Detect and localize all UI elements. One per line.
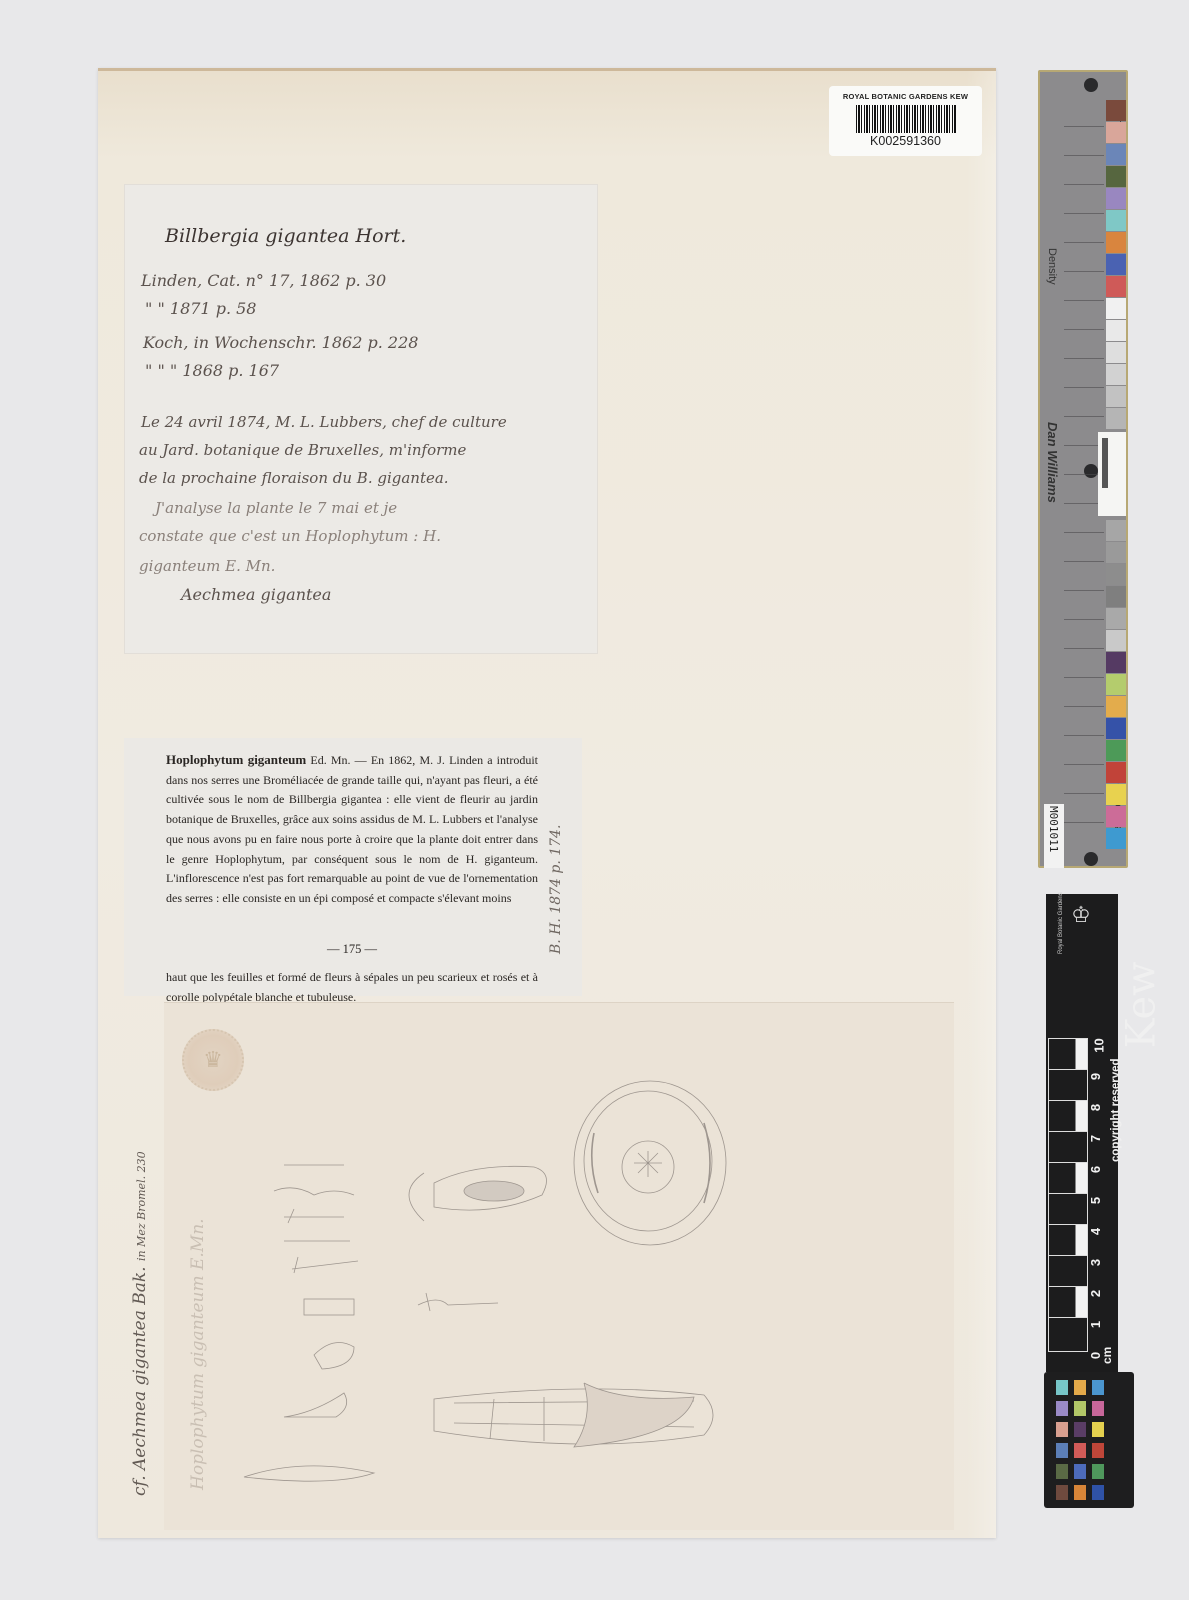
sheet-edge [966,71,996,1538]
note-line: constate que c'est un Hoplophytum : H. [139,527,441,545]
kew-logo-subtext: Royal Botanic Gardens [1058,892,1064,954]
color-card-swatch [1074,1380,1086,1395]
color-card-swatch [1074,1485,1086,1500]
barcode-label: ROYAL BOTANIC GARDENS KEW K002591360 [829,86,982,156]
color-swatch [1106,364,1126,385]
color-card-swatch [1074,1401,1086,1416]
color-swatch [1106,188,1126,209]
note-line: Billbergia gigantea Hort. [165,225,406,247]
clipping-text: — En 1862, M. J. Linden a introduit dans… [166,753,538,905]
color-card-swatch [1092,1401,1104,1416]
note-line: Le 24 avril 1874, M. L. Lubbers, chef de… [141,413,507,431]
royal-crest-icon: ♔ [1064,902,1098,928]
ruler-tick-label: 7 [1088,1135,1103,1142]
margin-reference: B. H. 1874 p. 174. [548,825,564,954]
color-card-swatch [1056,1401,1068,1416]
color-swatch [1106,564,1126,585]
color-swatch [1106,718,1126,739]
ruler-tick-label: 5 [1088,1197,1103,1204]
color-card-swatch [1092,1422,1104,1437]
ruler-segment [1048,1286,1088,1321]
clipping-body: Hoplophytum giganteum Ed. Mn. — En 1862,… [166,750,538,909]
barcode-icon [856,105,956,133]
color-swatch [1106,232,1126,253]
strip-hole [1084,852,1098,866]
color-swatch [1106,320,1126,341]
ruler-segment [1048,1131,1088,1166]
ruler-tick-label: 3 [1088,1259,1103,1266]
color-swatch [1106,806,1126,827]
ruler-segment [1048,1069,1088,1104]
color-swatch [1106,762,1126,783]
color-swatch [1106,210,1126,231]
kew-scale-card: ♔ Kew Royal Botanic Gardens 012345678910… [1046,894,1118,1372]
note-line: Koch, in Wochenschr. 1862 p. 228 [143,333,418,352]
ruler-segment [1048,1038,1088,1073]
drawing-annotation: Hoplophytum giganteum E.Mn. [188,1218,208,1490]
color-swatch [1106,144,1126,165]
color-card-swatch [1092,1464,1104,1479]
density-target [1098,432,1126,516]
ruler-segment [1048,1224,1088,1259]
color-card-swatch [1092,1443,1104,1458]
ruler-tick-label: 2 [1088,1290,1103,1297]
page-number: — 175 — [166,942,538,957]
color-calibration-strip: inches Density Dan Williams centimeters … [1038,70,1128,868]
ruler-segment [1048,1100,1088,1135]
color-swatch [1106,386,1126,407]
color-swatch [1106,784,1126,805]
note-line: J'analyse la plante le 7 mai et je [155,499,397,517]
color-swatch [1106,630,1126,651]
color-card-swatch [1056,1380,1068,1395]
strip-code: M001011 [1044,804,1064,868]
printed-clipping: Hoplophytum giganteum Ed. Mn. — En 1862,… [124,738,582,996]
color-card-swatch [1074,1464,1086,1479]
cm-ruler: 012345678910 [1048,1038,1088,1372]
color-swatch [1106,740,1126,761]
note-line: giganteum E. Mn. [139,557,275,575]
clipping-title: Hoplophytum giganteum [166,752,306,767]
color-swatch [1106,166,1126,187]
color-card-swatch [1092,1380,1104,1395]
color-swatch [1106,122,1126,143]
handwritten-note: Billbergia gigantea Hort. Linden, Cat. n… [124,184,598,654]
color-swatch [1106,276,1126,297]
ruler-segment [1048,1162,1088,1197]
color-card-swatch [1056,1464,1068,1479]
color-card-swatch [1074,1443,1086,1458]
ruler-tick-label: 8 [1088,1104,1103,1111]
botanical-drawing: ♛ [164,1002,954,1530]
barcode-organization: ROYAL BOTANIC GARDENS KEW [829,92,982,101]
color-card-swatch [1056,1485,1068,1500]
color-swatch [1106,828,1126,849]
specimen-id: K002591360 [829,134,982,148]
density-label: Density [1046,248,1058,285]
note-line: Aechmea gigantea [181,585,331,604]
color-card-swatch [1056,1422,1068,1437]
side-annotation: cf. Aechmea gigantea Bak. in Mez Bromel.… [130,1151,150,1496]
ruler-tick-label: 4 [1088,1228,1103,1235]
color-swatch [1106,696,1126,717]
clipping-author: Ed. Mn. [310,753,350,767]
color-swatch [1106,608,1126,629]
ruler-tick-label: 10 [1092,1038,1107,1052]
color-card-swatch [1056,1443,1068,1458]
ruler-segment [1048,1193,1088,1228]
ruler-segment [1048,1317,1088,1352]
side-annotation-sub: in Mez Bromel. 230 [135,1151,148,1261]
strip-hole [1084,78,1098,92]
color-swatch [1106,542,1126,563]
cm-label: cm [1100,1347,1114,1364]
color-swatch [1106,652,1126,673]
ruler-tick-label: 1 [1088,1321,1103,1328]
color-card-swatch [1074,1422,1086,1437]
note-line: Linden, Cat. n° 17, 1862 p. 30 [141,271,386,290]
color-swatch [1106,674,1126,695]
copyright-label: copyright reserved [1110,1058,1122,1162]
color-swatch [1106,520,1126,541]
side-annotation-main: cf. Aechmea gigantea Bak. [130,1266,150,1496]
color-swatch [1106,100,1126,121]
brand-label: Dan Williams [1045,422,1060,503]
note-line: au Jard. botanique de Bruxelles, m'infor… [139,441,466,459]
color-swatch [1106,342,1126,363]
ruler-tick-label: 9 [1088,1073,1103,1080]
dissection-sketches [164,1003,954,1531]
color-swatch [1106,254,1126,275]
note-line: " " 1871 p. 58 [145,299,256,318]
kew-logo: Kew [1118,962,1164,1049]
note-line: de la prochaine floraison du B. gigantea… [139,469,449,487]
color-swatch [1106,586,1126,607]
density-wedge [1102,438,1108,488]
note-line: " " " 1868 p. 167 [145,361,279,380]
ruler-tick-label: 6 [1088,1166,1103,1173]
color-swatch [1106,298,1126,319]
ruler-segment [1048,1255,1088,1290]
color-swatch [1106,408,1126,429]
color-reference-card [1044,1372,1134,1508]
color-card-swatch [1092,1485,1104,1500]
